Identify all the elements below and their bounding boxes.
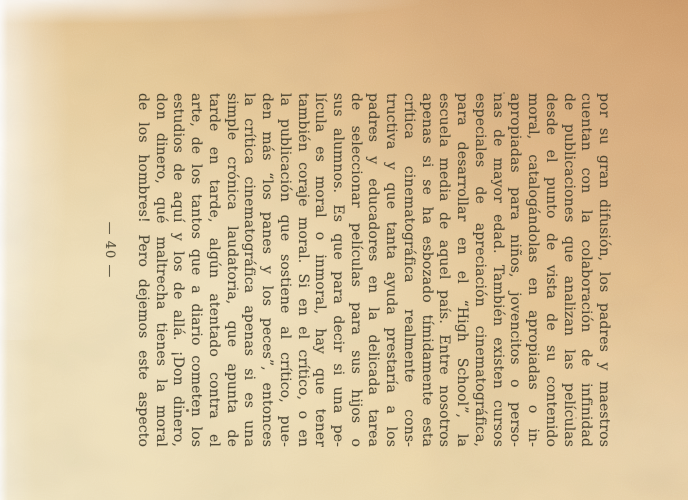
page-number: — 40 —: [102, 0, 117, 500]
text-line: apropiadas para niños, jovencitos o pers…: [506, 93, 524, 447]
text-line: también coraje moral. Si en el crítico, …: [293, 93, 311, 447]
text-line: estudios de aquí y los de allá. ¡Don din…: [169, 93, 187, 447]
text-line: desde el punto de vista de su contenido: [541, 93, 559, 447]
text-line: la publicación que sostiene al crítico, …: [275, 93, 293, 447]
text-line: tructiva y que tanta ayuda prestaría a l…: [381, 93, 399, 447]
body-text-block: por su gran difusión, los padres y maest…: [133, 93, 612, 447]
text-line: nas de mayor edad. También existen curso…: [488, 93, 506, 447]
text-line: lícula es moral o inmoral, hay que tener: [311, 93, 329, 447]
text-line: don dinero, qué maltrecha tienes la mora…: [151, 93, 169, 447]
text-line: de seleccionar películas para sus hijos …: [346, 93, 364, 447]
text-line: den más “los panes y los peces”, entonce…: [257, 93, 275, 447]
text-line: crítica cinematográfica realmente cons-: [399, 93, 417, 447]
text-line: tarde en tarde, algún atentado contra el: [204, 93, 222, 447]
rotated-page-content: por su gran difusión, los padres y maest…: [0, 0, 688, 500]
text-line: arte, de los tantos que a diario cometen…: [186, 93, 204, 447]
text-line: padres y educadores en la delicada tarea: [364, 93, 382, 447]
text-line: de publicaciones que analizan las pelícu…: [559, 93, 577, 447]
text-line: cuentan con la colaboración de infinidad: [577, 93, 595, 447]
scanned-book-page: por su gran difusión, los padres y maest…: [0, 0, 688, 500]
text-line: sus alumnos. Es que para decir si una pe…: [328, 93, 346, 447]
text-line: de los hombres! Pero dejemos este aspect…: [133, 93, 151, 447]
text-line: para desarrollar en el “High School”, la: [452, 93, 470, 447]
ink-speck: [575, 417, 577, 419]
text-line: simple crónica laudatoria, que apunta de: [222, 93, 240, 447]
text-line: apenas si se ha esbozado tímidamente est…: [417, 93, 435, 447]
text-line: especiales de apreciación cinematográfic…: [470, 93, 488, 447]
text-line: moral, catalogándolas en apropiadas o in…: [523, 93, 541, 447]
ink-speck: [503, 92, 505, 94]
text-line: por su gran difusión, los padres y maest…: [594, 93, 612, 447]
text-line: escuela media de aquel país. Entre nosot…: [435, 93, 453, 447]
text-line: la crítica cinematográfica apenas si es …: [240, 93, 258, 447]
ink-speck: [186, 409, 189, 412]
